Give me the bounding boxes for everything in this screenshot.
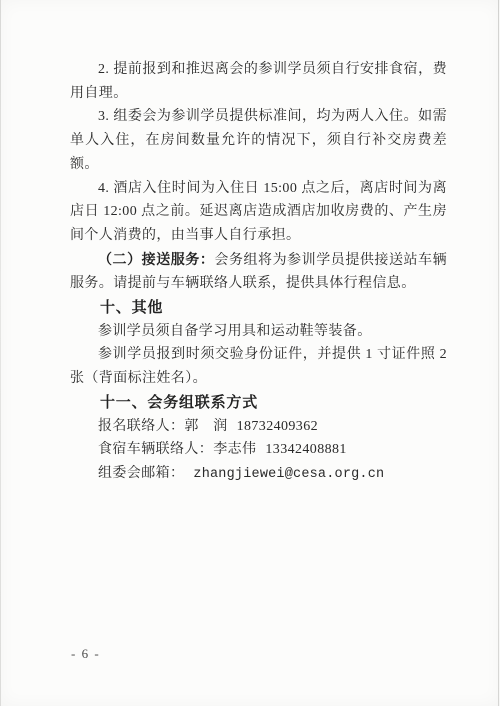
paragraph-id-and-photos: 参训学员报到时须交验身份证件，并提供 1 寸证件照 2 张（背面标注姓名）。: [70, 343, 447, 390]
contact-registration-phone: 18732409362: [237, 419, 318, 434]
contact-lodging-transport-liaison: 食宿车辆联络人：李志伟13342408881: [70, 438, 447, 462]
scanned-document-page: 2. 提前报到和推迟离会的参训学员须自行安排食宿，费用自理。 3. 组委会为参训…: [0, 0, 500, 706]
paragraph-checkin-checkout-time: 4. 酒店入住时间为入住日 15:00 点之后，离店时间为离店日 12:00 点…: [70, 177, 447, 248]
paragraph-shuttle-service: （二）接送服务：会务组将为参训学员提供接送站车辆服务。请提前与车辆联络人联系，提…: [70, 248, 447, 296]
scan-edge-left: [0, 0, 1, 706]
paragraph-early-arrival-lodging: 2. 提前报到和推迟离会的参训学员须自行安排食宿，费用自理。: [70, 58, 447, 105]
contact-committee-email: 组委会邮箱：zhangjiewei@cesa.org.cn: [70, 462, 447, 487]
paragraph-equipment: 参训学员须自备学习用具和运动鞋等装备。: [70, 320, 447, 344]
section-heading-other: 十、其他: [70, 296, 447, 320]
contact-email-label: 组委会邮箱：: [98, 466, 184, 481]
contact-email-address: zhangjiewei@cesa.org.cn: [193, 467, 384, 482]
document-body: 2. 提前报到和推迟离会的参训学员须自行安排食宿，费用自理。 3. 组委会为参训…: [70, 58, 447, 487]
page-number: - 6 -: [71, 646, 100, 662]
section-heading-contact-info: 十一、会务组联系方式: [70, 391, 447, 415]
contact-registration-label: 报名联络人：郭 润: [98, 419, 228, 434]
contact-lodging-label: 食宿车辆联络人：李志伟: [98, 442, 256, 457]
paragraph-standard-room: 3. 组委会为参训学员提供标准间，均为两人入住。如需单人入住，在房间数量允许的情…: [70, 105, 447, 176]
scan-edge-right: [498, 0, 499, 706]
shuttle-service-label: （二）接送服务：: [98, 251, 214, 267]
contact-lodging-phone: 13342408881: [265, 442, 346, 457]
contact-registration-liaison: 报名联络人：郭 润18732409362: [70, 415, 447, 439]
